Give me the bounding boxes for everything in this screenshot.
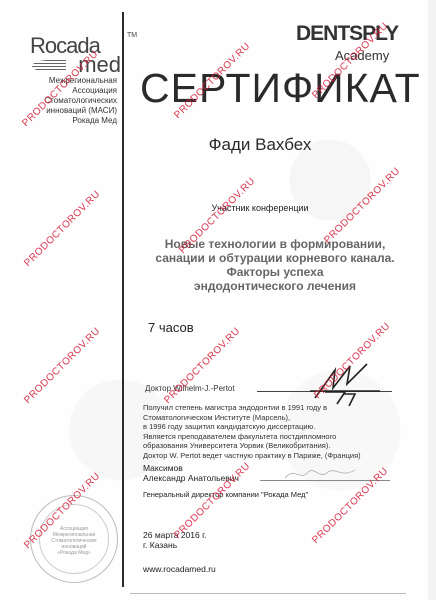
stamp-text: Ассоциация Межрегиональная Стоматологиче…	[45, 526, 103, 556]
participant-role: Участник конференции	[140, 203, 380, 213]
bio-line: Получил степень магистра эндодонтии в 19…	[143, 403, 403, 413]
bio-line: Доктор W. Pertot ведет частную практику …	[143, 451, 403, 461]
vertical-divider	[122, 12, 124, 587]
certificate-page: Rocada med TM Межрегиональная Ассоциация…	[0, 0, 436, 600]
official-stamp: Ассоциация Межрегиональная Стоматологиче…	[30, 495, 118, 583]
issue-city: г. Казань	[143, 540, 207, 550]
stamp-line: «Рокада Мед»	[45, 550, 103, 556]
assoc-line: Стоматологических	[20, 96, 117, 106]
page-edge	[428, 0, 436, 600]
website-text: www.rocadamed.ru	[143, 564, 216, 574]
bio-line: в 1996 году защитил кандидатскую диссерт…	[143, 422, 403, 432]
bottom-rule	[130, 593, 406, 594]
recipient-name: Фади Вахбех	[140, 135, 380, 155]
watermark-text: PRODOCTOROV.RU	[22, 326, 102, 406]
topic-line: эндодонтического лечения	[135, 279, 415, 293]
conference-topic: Новые технологии в формировании, санации…	[135, 237, 415, 293]
certificate-title: СЕРТИФИКАТ	[140, 65, 390, 112]
watermark-text: PRODOCTOROV.RU	[162, 326, 242, 406]
trademark-mark: TM	[127, 32, 137, 39]
topic-line: Факторы успеха	[135, 265, 415, 279]
signature-icon	[280, 464, 360, 484]
bio-line: Является преподавателем факультета постд…	[143, 432, 403, 442]
bio-line: образования Университета Уорвик (Великоб…	[143, 441, 403, 451]
hours-count: 7 часов	[148, 320, 194, 335]
watermark-text: PRODOCTOROV.RU	[22, 189, 102, 269]
director-surname: Максимов	[143, 463, 239, 473]
signatory1-bio: Получил степень магистра эндодонтии в 19…	[143, 403, 403, 460]
bio-line: Стоматологическом Институте (Марсель),	[143, 413, 403, 423]
waves-icon	[32, 60, 66, 72]
topic-line: санации и обтурации корневого канала.	[135, 251, 415, 265]
